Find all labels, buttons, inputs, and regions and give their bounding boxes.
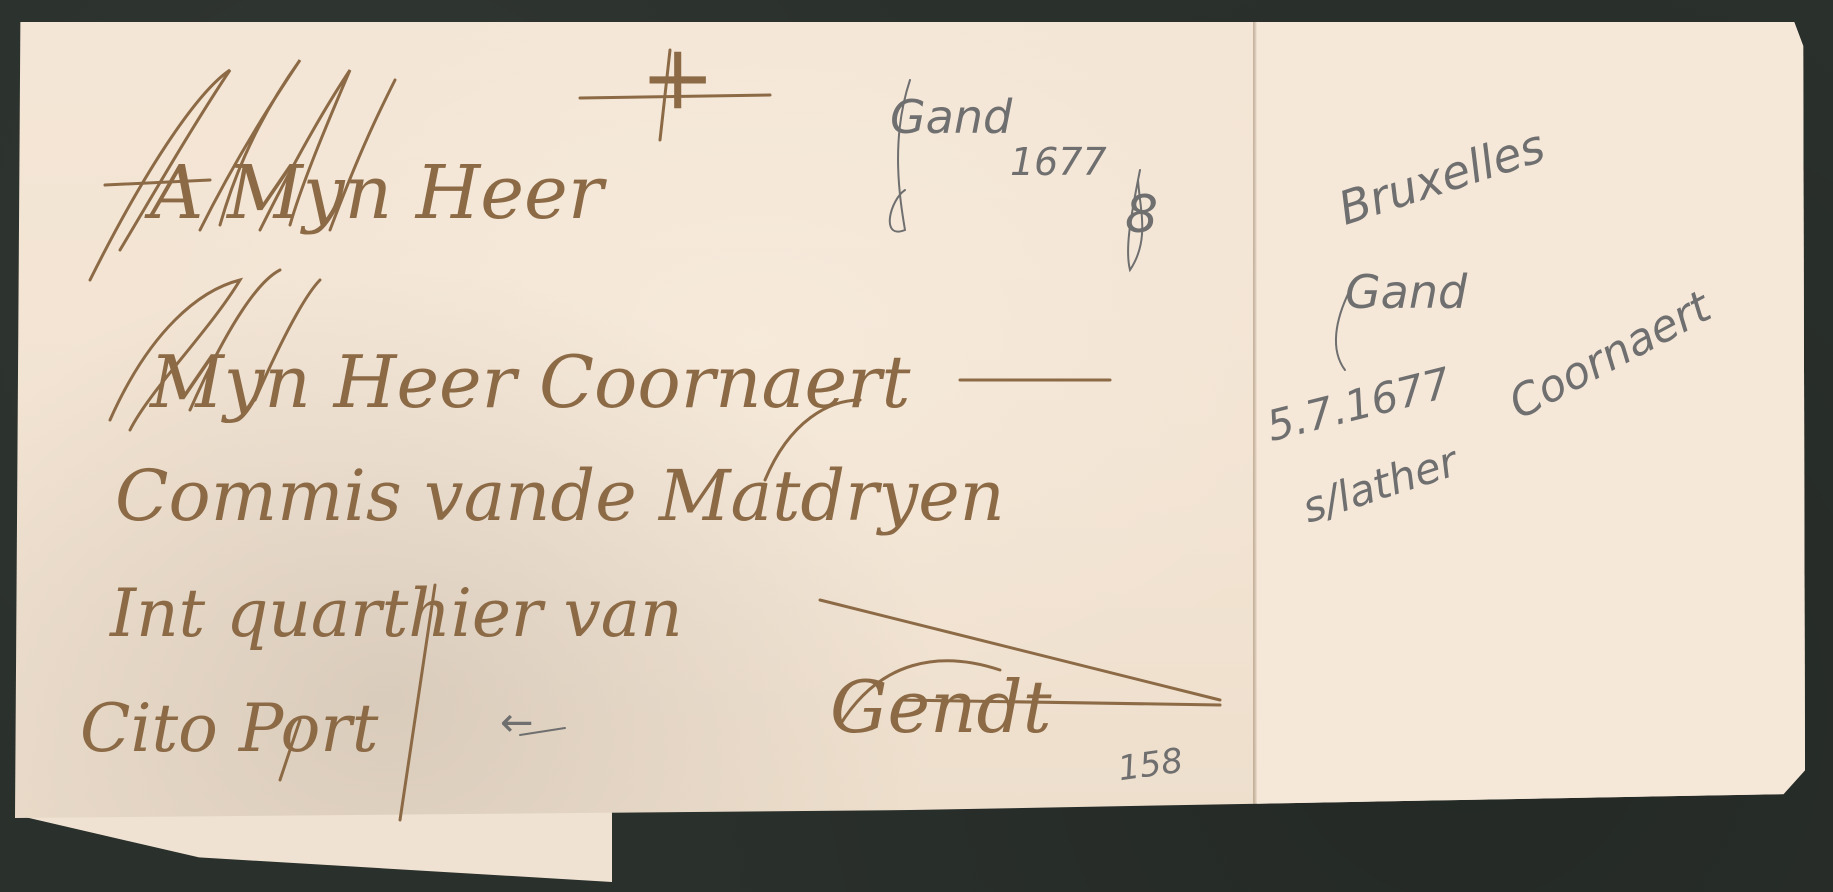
address-line-4: Int quarthier van — [110, 575, 683, 652]
address-line-2: Myn Heer Coornaert — [150, 340, 910, 424]
cross-mark: + — [640, 25, 715, 130]
postage-note: Cito Port — [80, 690, 378, 767]
pencil-year-top: 1677 — [1010, 140, 1107, 184]
destination-city: Gendt — [830, 665, 1052, 749]
pencil-city-top: Gand — [890, 90, 1012, 144]
address-line-3: Commis vande Matdryen — [115, 455, 1005, 537]
pencil-arrow: ← — [500, 700, 534, 746]
pencil-mark-top: 8 — [1125, 185, 1158, 245]
pencil-destination-city: Gand — [1345, 265, 1467, 319]
address-line-1: A Myn Heer — [150, 150, 603, 236]
